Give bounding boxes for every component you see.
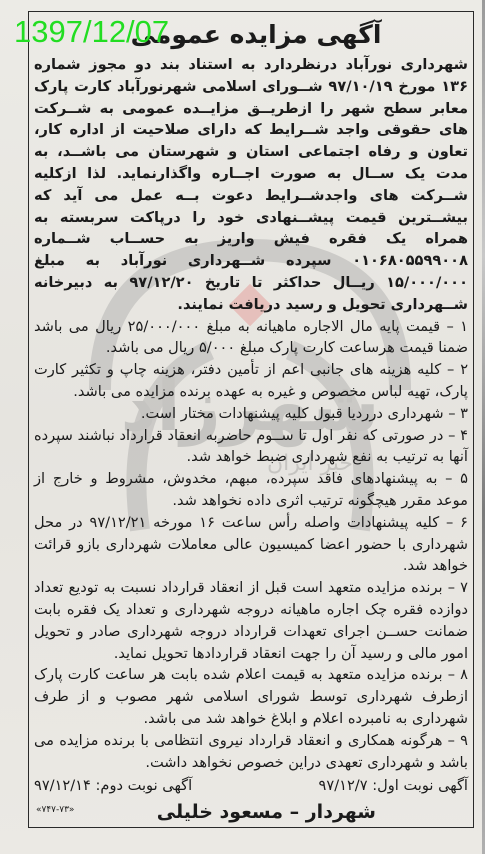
notice-intro: شهرداری نورآباد درنظردارد به استناد بند … <box>34 54 468 316</box>
condition-item: ۶ – کلیه پیشنهادات واصله رأس ساعت ۱۶ مور… <box>34 512 468 577</box>
condition-item: ۳ – شهرداری درردیا قبول کلیه پیشنهادات م… <box>34 403 468 425</box>
condition-item: ۲ – کلیه هزینه های جانبی اعم از تأمین دف… <box>34 359 468 403</box>
ad-code: «۷۴۷-۷۳» <box>36 805 74 815</box>
condition-item: ۵ – به پیشنهادهای فاقد سپرده، مبهم، مخدو… <box>34 468 468 512</box>
notice-content: آگهی مزایده عمومی شهرداری نورآباد درنظرد… <box>34 18 468 827</box>
first-publication: آگهی نوبت اول: ۹۷/۱۲/۷ <box>319 774 468 797</box>
condition-item: ۹ – هرگونه همکاری و انعقاد قرارداد نیروی… <box>34 730 468 774</box>
condition-item: ۴ – در صورتی که نفر اول تا ســوم حاضربه … <box>34 425 468 469</box>
date-stamp: 1397/12/07 <box>14 14 169 50</box>
condition-item: ۱ – قیمت پایه مال الاجاره ماهیانه به مبل… <box>34 316 468 360</box>
conditions-list: ۱ – قیمت پایه مال الاجاره ماهیانه به مبل… <box>34 316 468 774</box>
signature-row: شهردار – مسعود خلیلی «۷۴۷-۷۳» <box>34 797 468 827</box>
second-publication: آگهی نوبت دوم: ۹۷/۱۲/۱۴ <box>34 774 192 797</box>
condition-item: ۷ – برنده مزایده متعهد است قبل از انعقاد… <box>34 577 468 664</box>
condition-item: ۸ – برنده مزایده متعهد به قیمت اعلام شده… <box>34 664 468 729</box>
publication-dates: آگهی نوبت اول: ۹۷/۱۲/۷ آگهی نوبت دوم: ۹۷… <box>34 774 468 797</box>
mayor-signature: شهردار – مسعود خلیلی <box>157 801 376 823</box>
